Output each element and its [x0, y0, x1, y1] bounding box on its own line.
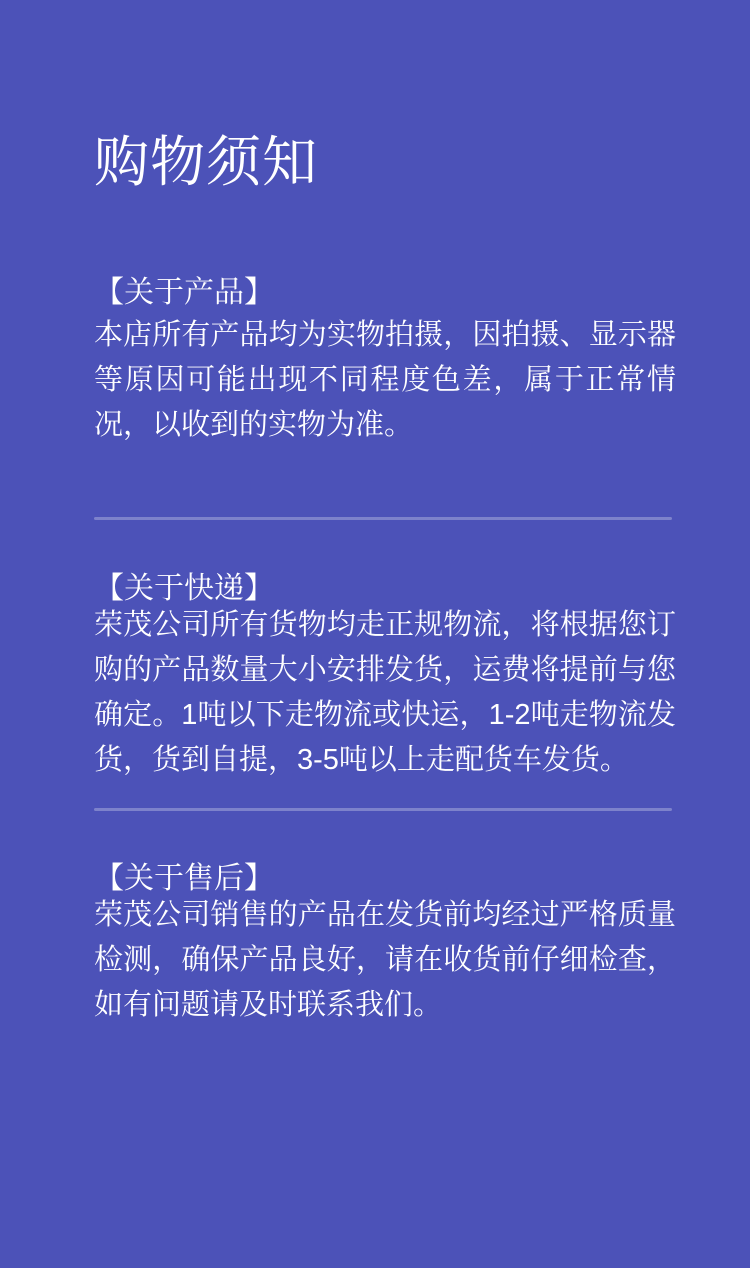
- section-divider: [94, 808, 672, 811]
- section-body-aftersale: 荣茂公司销售的产品在发货前均经过严格质量检测，确保产品良好，请在收货前仔细检查，…: [94, 893, 676, 1028]
- section-heading-product: 【关于产品】: [94, 273, 676, 313]
- notice-content: 购物须知 【关于产品】 本店所有产品均为实物拍摄，因拍摄、显示器等原因可能出现不…: [0, 0, 750, 1028]
- notice-section-product: 【关于产品】 本店所有产品均为实物拍摄，因拍摄、显示器等原因可能出现不同程度色差…: [94, 273, 676, 448]
- page-title: 购物须知: [94, 132, 676, 192]
- shopping-notice-panel: 购物须知 【关于产品】 本店所有产品均为实物拍摄，因拍摄、显示器等原因可能出现不…: [0, 0, 750, 1268]
- section-body-product: 本店所有产品均为实物拍摄，因拍摄、显示器等原因可能出现不同程度色差，属于正常情况…: [94, 313, 676, 448]
- section-divider: [94, 517, 672, 520]
- notice-section-aftersale: 【关于售后】 荣茂公司销售的产品在发货前均经过严格质量检测，确保产品良好，请在收…: [94, 859, 676, 1028]
- notice-section-shipping: 【关于快递】 荣茂公司所有货物均走正规物流，将根据您订购的产品数量大小安排发货，…: [94, 569, 676, 783]
- section-body-shipping: 荣茂公司所有货物均走正规物流，将根据您订购的产品数量大小安排发货，运费将提前与您…: [94, 603, 676, 783]
